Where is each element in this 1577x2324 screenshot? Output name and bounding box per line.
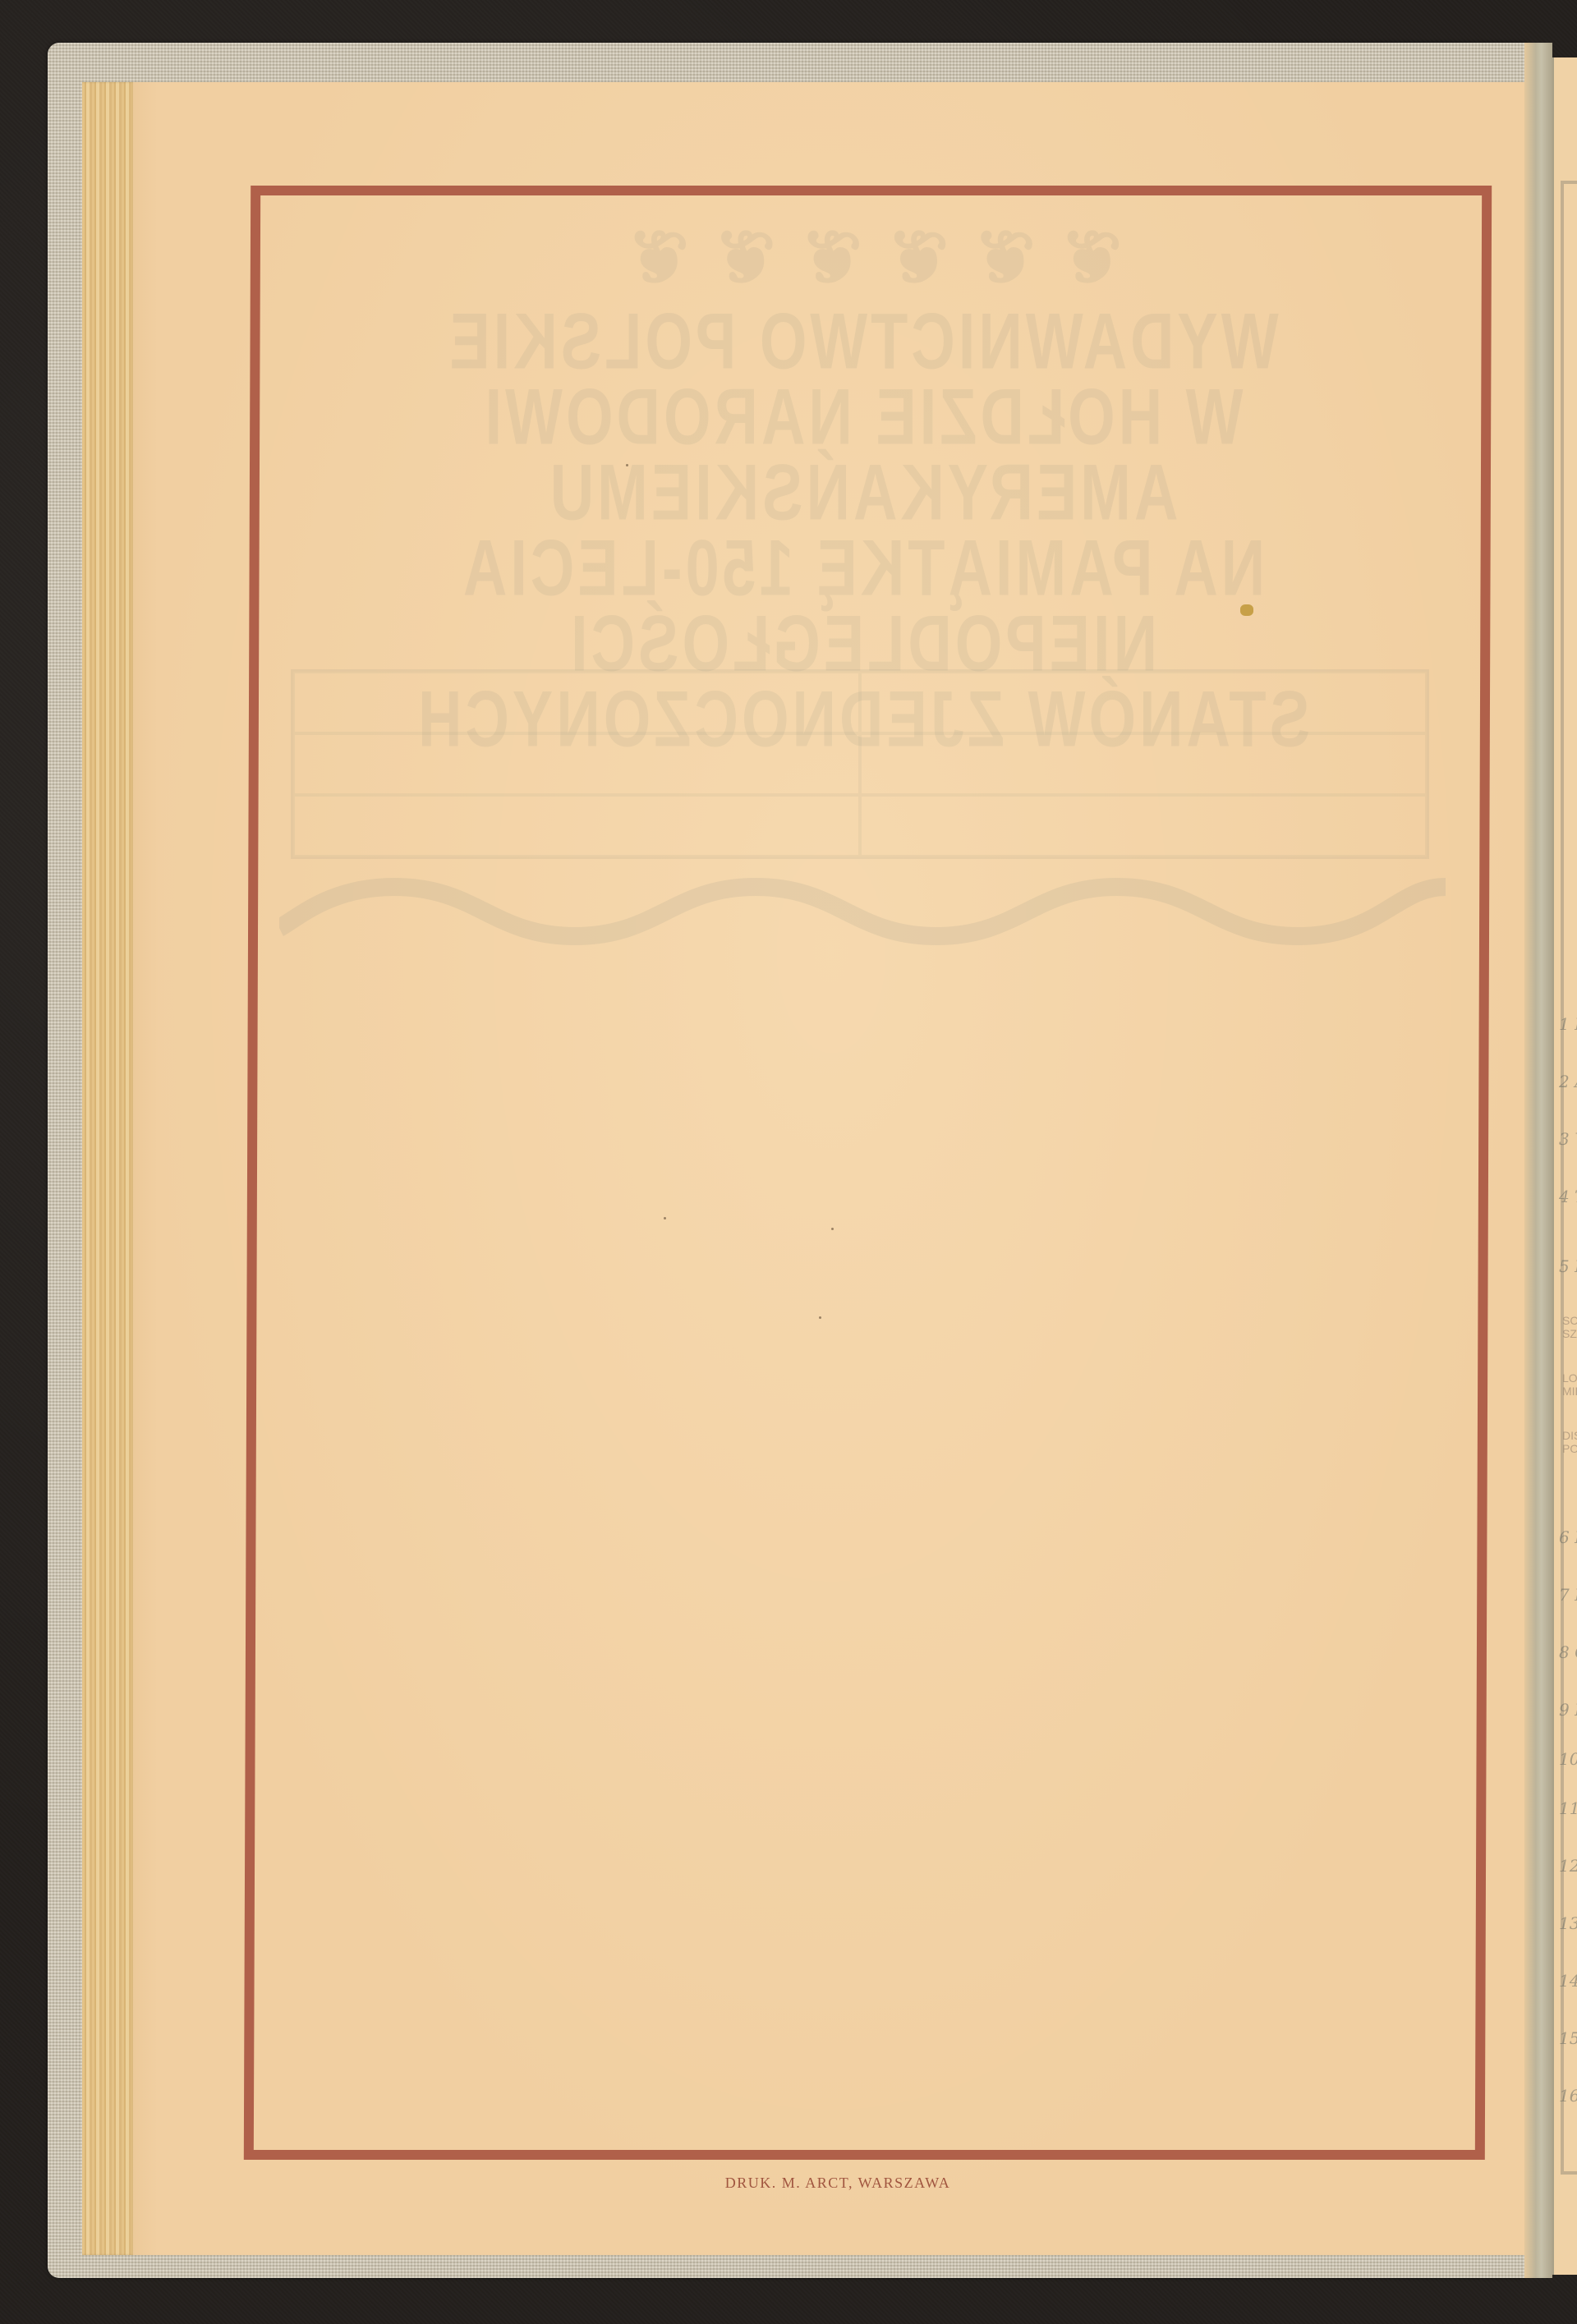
facing-entry: 6 Fr — [1559, 1527, 1577, 1547]
paper-speck — [626, 464, 628, 466]
facing-entry: 12 Ja — [1559, 1856, 1577, 1876]
facing-entry: 15 Ma — [1559, 2028, 1577, 2048]
facing-entry: 2 Al — [1559, 1072, 1577, 1091]
facing-box-label: DISTPOW — [1562, 1429, 1577, 1455]
book-gutter — [1524, 43, 1552, 2278]
imprint-text: DRUK. M. ARCT, WARSZAWA — [725, 2175, 950, 2191]
facing-box-label: SCHSZK — [1562, 1314, 1577, 1340]
facing-entry: 5 Ma — [1559, 1256, 1577, 1276]
facing-entry: 4 Te — [1559, 1187, 1577, 1206]
facing-entry: 13 Ma — [1559, 1913, 1577, 1933]
facing-entry: 7 Ma — [1559, 1585, 1577, 1605]
facing-entry: 11 Ma — [1559, 1798, 1577, 1818]
facing-entry: 3 Wi — [1559, 1129, 1577, 1149]
paper-speck — [664, 1217, 666, 1219]
facing-page-sliver: SCHSZK LOCMIE DISTPOW 1 Ba 2 Al 3 Wi 4 T… — [1552, 57, 1577, 2275]
printer-imprint: DRUK. M. ARCT, WARSZAWA — [0, 2175, 1577, 2192]
paper-speck — [819, 1316, 821, 1319]
facing-box-label: LOCMIE — [1562, 1371, 1577, 1398]
red-page-frame — [244, 186, 1492, 2160]
paper-stain — [1240, 604, 1253, 616]
facing-entry: 14 Ma — [1559, 1971, 1577, 1991]
page-edges — [82, 82, 135, 2255]
facing-entry: 10 Wi — [1559, 1749, 1577, 1769]
facing-entry: 8 Ca — [1559, 1642, 1577, 1662]
facing-entry: 9 Ha — [1559, 1700, 1577, 1720]
facing-entry: 16 Ma — [1559, 2086, 1577, 2106]
facing-entry: 1 Ba — [1559, 1014, 1577, 1034]
paper-speck — [831, 1228, 834, 1230]
